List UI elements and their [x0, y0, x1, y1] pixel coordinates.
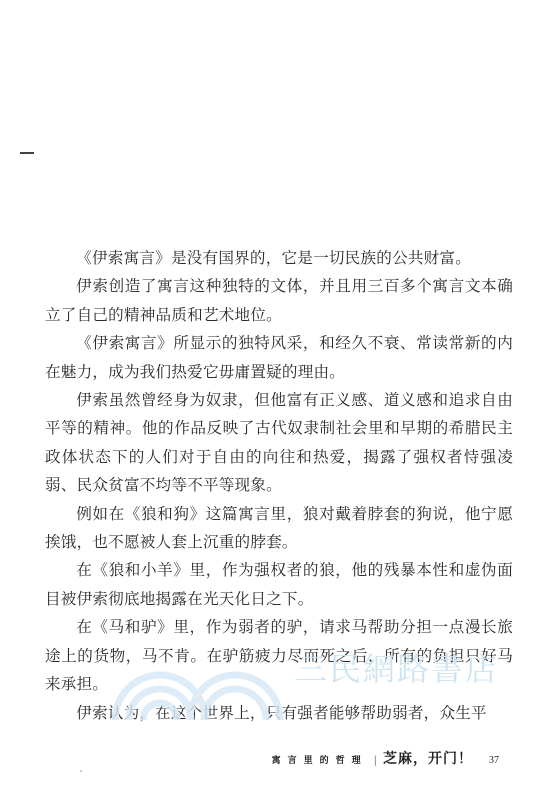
- chapter-mark: [20, 152, 34, 154]
- paragraph: 在《马和驴》里，作为弱者的驴，请求马帮助分担一点漫长旅途上的货物，马不肯。在驴筋…: [45, 613, 513, 698]
- paragraph: 在《狼和小羊》里，作为强权者的狼，他的残暴本性和虚伪面目被伊索彻底地揭露在光天化…: [45, 556, 513, 613]
- scan-speck: [80, 770, 82, 772]
- series-title: 寓言里的哲理: [272, 753, 368, 766]
- paragraph: 例如在《狼和狗》这篇寓言里，狼对戴着脖套的狗说，他宁愿挨饿，也不愿被人套上沉重的…: [45, 500, 513, 557]
- paragraph: 《伊索寓言》是没有国界的，它是一切民族的公共财富。: [45, 244, 513, 272]
- paragraph: 《伊索寓言》所显示的独特风采，和经久不衰、常读常新的内在魅力，成为我们热爱它毋庸…: [45, 329, 513, 386]
- page-number: 37: [489, 755, 499, 766]
- paragraph: 伊索创造了寓言这种独特的文体，并且用三百多个寓言文本确立了自己的精神品质和艺术地…: [45, 272, 513, 329]
- body-text: 《伊索寓言》是没有国界的，它是一切民族的公共财富。 伊索创造了寓言这种独特的文体…: [45, 244, 513, 727]
- footer-separator: |: [374, 755, 377, 766]
- page-footer: 寓言里的哲理 | 芝麻，开门！ 37: [272, 748, 499, 768]
- paragraph: 伊索虽然曾经身为奴隶，但他富有正义感、道义感和追求自由平等的精神。他的作品反映了…: [45, 386, 513, 500]
- book-title: 芝麻，开门！: [383, 748, 473, 768]
- paragraph: 伊索认为，在这个世界上，只有强者能够帮助弱者，众生平: [45, 699, 513, 727]
